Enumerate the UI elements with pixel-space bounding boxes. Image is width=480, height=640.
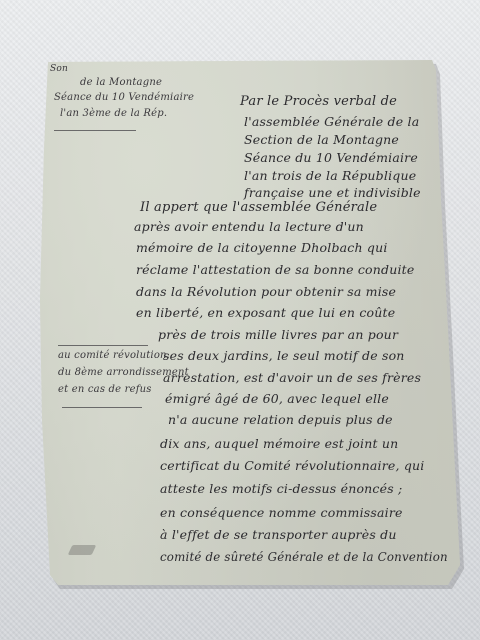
title-line: Par le Procès verbal de — [240, 94, 397, 109]
body-line: près de trois mille livres par an pour — [158, 327, 398, 342]
title-line: l'an trois de la République — [244, 168, 416, 183]
body-line: dans la Révolution pour obtenir sa mise — [136, 284, 396, 299]
margin-header-line: de la Montagne — [80, 77, 162, 88]
body-line: après avoir entendu la lecture d'un — [134, 219, 364, 234]
title-line: l'assemblée Générale de la — [244, 114, 419, 129]
margin-note-line: du 8ème arrondissement — [58, 367, 189, 378]
margin-header-line: Son — [50, 64, 68, 74]
margin-header-rule — [54, 130, 136, 131]
body-line: émigré âgé de 60, avec lequel elle — [165, 391, 389, 406]
title-line: française une et indivisible — [244, 185, 421, 200]
margin-note-bottom-rule — [62, 407, 142, 408]
body-line: certificat du Comité révolutionnaire, qu… — [160, 458, 425, 473]
body-line: en conséquence nomme commissaire — [160, 505, 403, 520]
body-line: dix ans, auquel mémoire est joint un — [160, 436, 398, 451]
body-line: comité de sûreté Générale et de la Conve… — [160, 550, 448, 564]
body-line: ses deux jardins, le seul motif de son — [163, 348, 405, 363]
body-line: réclame l'attestation de sa bonne condui… — [136, 262, 415, 277]
title-line: Section de la Montagne — [244, 132, 399, 147]
body-line: arrestation, est d'avoir un de ses frère… — [163, 370, 421, 385]
body-line: mémoire de la citoyenne Dholbach qui — [136, 240, 388, 255]
margin-note-top-rule — [58, 345, 148, 346]
body-line: n'a aucune relation depuis plus de — [168, 412, 393, 427]
body-line: en liberté, en exposant que lui en coûte — [136, 305, 395, 320]
body-line: à l'effet de se transporter auprès du — [160, 527, 397, 542]
body-line: atteste les motifs ci-dessus énoncés ; — [160, 481, 402, 496]
title-line: Séance du 10 Vendémiaire — [244, 150, 418, 165]
margin-note-line: et en cas de refus — [58, 384, 152, 395]
body-line: Il appert que l'assemblée Générale — [140, 200, 377, 215]
margin-header-line: Séance du 10 Vendémiaire — [54, 92, 194, 103]
paper-crease — [68, 545, 97, 555]
margin-header-line: l'an 3ème de la Rép. — [60, 108, 167, 119]
margin-note-line: au comité révolution. — [58, 350, 170, 361]
